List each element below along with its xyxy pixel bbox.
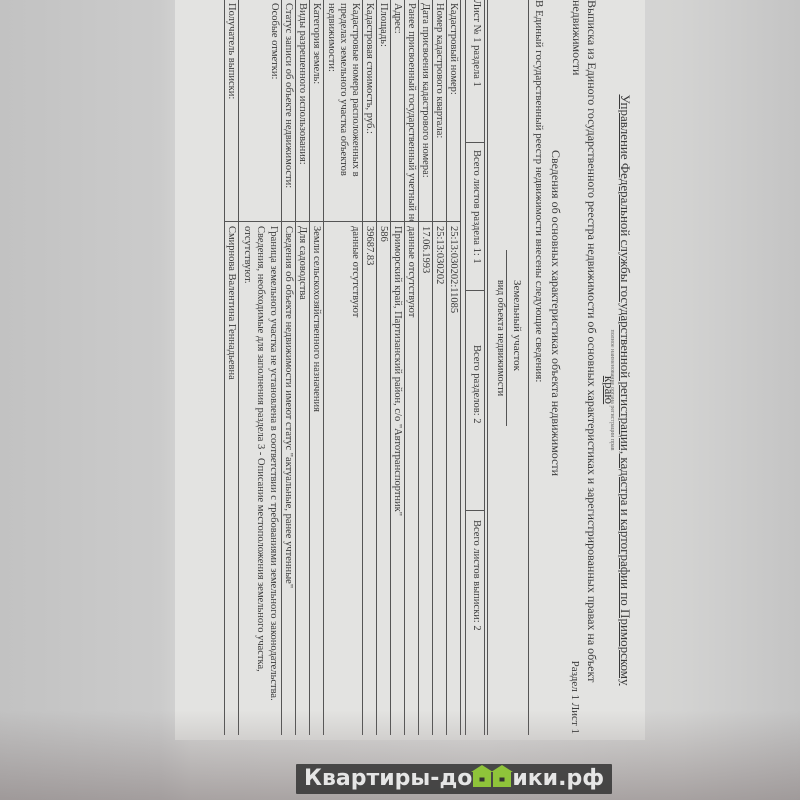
sheets-total: Всего листов выписки: 2	[471, 520, 482, 631]
site-watermark: Квартиры-доики.рф	[296, 764, 612, 794]
table-row: Площадь:586	[376, 0, 390, 735]
house-icon	[493, 771, 511, 787]
issuing-authority-caption: полное наименование органа регистрации п…	[609, 90, 615, 690]
document-sheet: Управление Федеральной службы государств…	[175, 0, 645, 740]
table-row: Ранее присвоенный государственный учетны…	[404, 0, 418, 735]
object-type-caption: вид объекта недвижимости	[495, 250, 507, 426]
issuing-authority: Управление Федеральной службы государств…	[601, 90, 633, 690]
sheets-in-section: Всего листов раздела 1: 1	[471, 150, 482, 264]
sections-total: Всего разделов: 2	[471, 345, 482, 423]
table-row: Получатель выписки:Смирнова Валентина Ге…	[224, 0, 238, 735]
characteristics-table: Кадастровый номер:25:13:030202:11085 Ном…	[224, 0, 461, 735]
table-row: Адрес:Приморский край, Партизанский райо…	[390, 0, 404, 735]
extract-title: Выписка из Единого государственного реес…	[569, 0, 599, 740]
section-title: Сведения об основных характеристиках объ…	[548, 150, 563, 476]
intro-text: В Единый государственный реестр недвижим…	[533, 0, 545, 382]
table-row: Категория земель:Земли сельскохозяйствен…	[309, 0, 323, 735]
table-row: Кадастровая стоимость, руб.:39687.83	[362, 0, 376, 735]
table-row: Статус записи об объекте недвижимости:Св…	[281, 0, 295, 735]
table-row: Кадастровый номер:25:13:030202:11085	[446, 0, 460, 735]
table-row: Номер кадастрового квартала:25:13:030202	[432, 0, 446, 735]
pages-row: Лист № 1 раздела 1 Всего листов раздела …	[465, 0, 485, 735]
table-row: Дата присвоения кадастрового номера:17.0…	[418, 0, 432, 735]
sheet-number: Лист № 1 раздела 1	[471, 0, 482, 87]
table-row: Особые отметки:Граница земельного участк…	[238, 0, 281, 735]
object-type: Земельный участок	[511, 280, 523, 371]
table-row: Виды разрешенного использования:Для садо…	[295, 0, 309, 735]
table-row: Кадастровые номера расположенных в преде…	[323, 0, 362, 735]
house-icon	[473, 771, 491, 787]
